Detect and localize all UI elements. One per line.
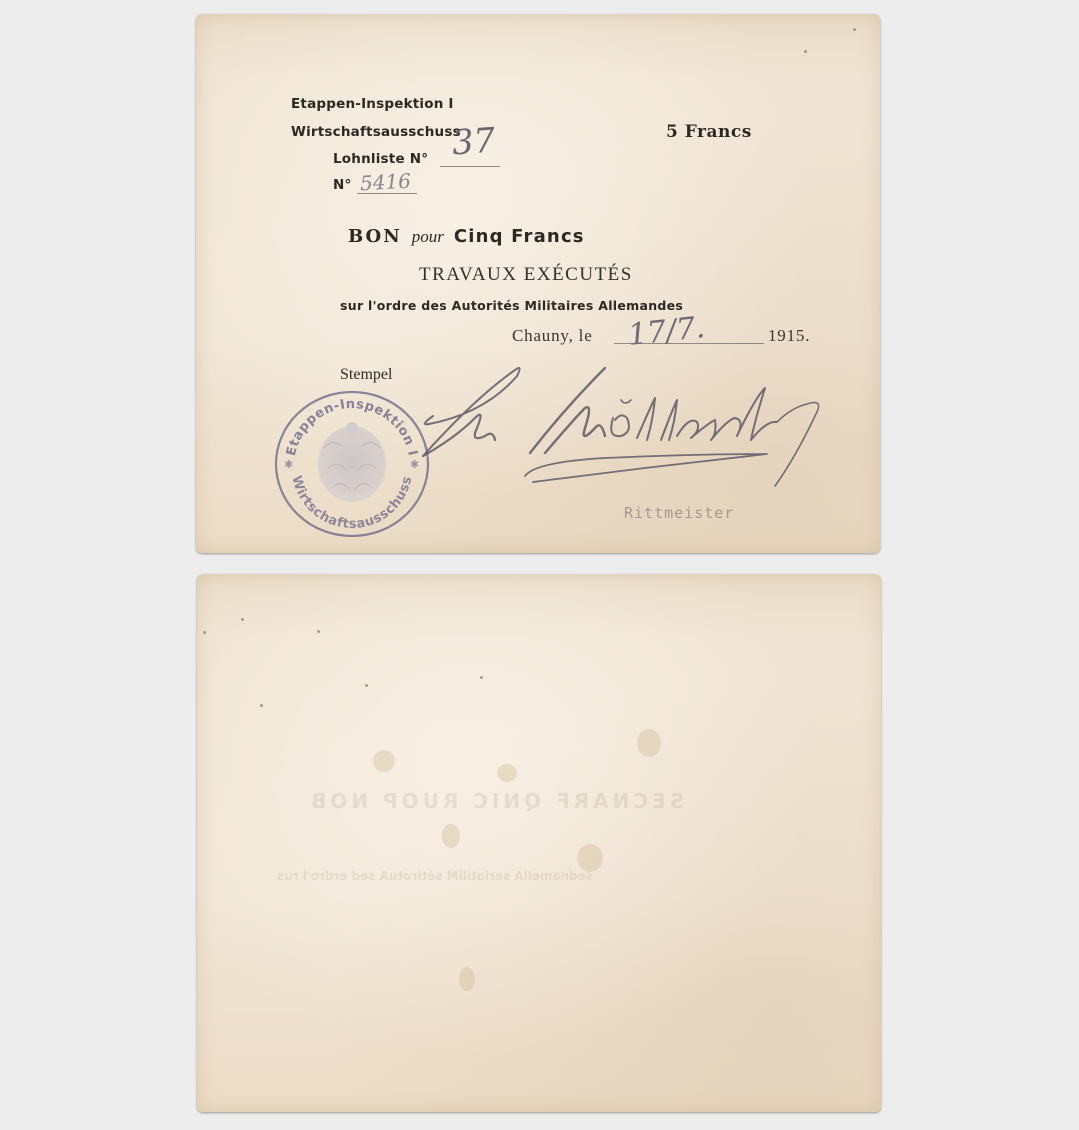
serial-label: N° <box>333 177 351 193</box>
title-bon: BON <box>348 226 402 247</box>
title-amount: Cinq Francs <box>454 226 585 247</box>
rank-typed: Rittmeister <box>624 504 734 522</box>
speck <box>480 676 483 679</box>
denomination-corner: 5 Francs <box>666 122 752 142</box>
speck <box>853 28 856 31</box>
speck <box>317 630 320 633</box>
year: 1915. <box>768 326 810 346</box>
speck <box>365 684 368 687</box>
stain <box>497 764 517 782</box>
speck <box>260 704 263 707</box>
showthrough-title: SECNARF QNIC RUOP NOB <box>307 789 684 813</box>
official-stamp: Etappen-Inspektion I Wirtschaftsausschus… <box>272 388 432 538</box>
stain <box>373 750 395 772</box>
speck <box>241 618 244 621</box>
stamp-star-left-icon: ✱ <box>284 459 293 471</box>
title-row: BONpourCinq Francs <box>348 226 585 247</box>
serial-value: 5416 <box>359 169 411 196</box>
issuer-line-2: Wirtschaftsausschuss <box>291 124 461 140</box>
eagle-emblem-icon <box>318 422 386 502</box>
note-back: SECNARF QNIC RUOP NOB sednamellA seriati… <box>197 574 881 1112</box>
lohnliste-label: Lohnliste N° <box>333 151 428 167</box>
stain <box>577 844 603 872</box>
lohnliste-rule <box>440 166 500 167</box>
speck <box>804 50 807 53</box>
stamp-label: Stempel <box>340 366 392 384</box>
stain <box>442 824 460 848</box>
speck <box>203 631 206 634</box>
authority-line: sur l'ordre des Autorités Militaires All… <box>340 298 683 313</box>
stain <box>459 967 475 991</box>
lohnliste-value: 37 <box>451 121 497 164</box>
subtitle-travaux: TRAVAUX EXÉCUTÉS <box>419 264 633 286</box>
showthrough-line: sednamellA seriatiliM sétirotuA sed erdr… <box>277 869 593 883</box>
signature <box>415 358 845 493</box>
issuer-line-1: Etappen-Inspektion I <box>291 96 454 112</box>
stain <box>637 729 661 757</box>
title-pour: pour <box>412 227 444 246</box>
place-prefix: Chauny, le <box>512 326 593 346</box>
